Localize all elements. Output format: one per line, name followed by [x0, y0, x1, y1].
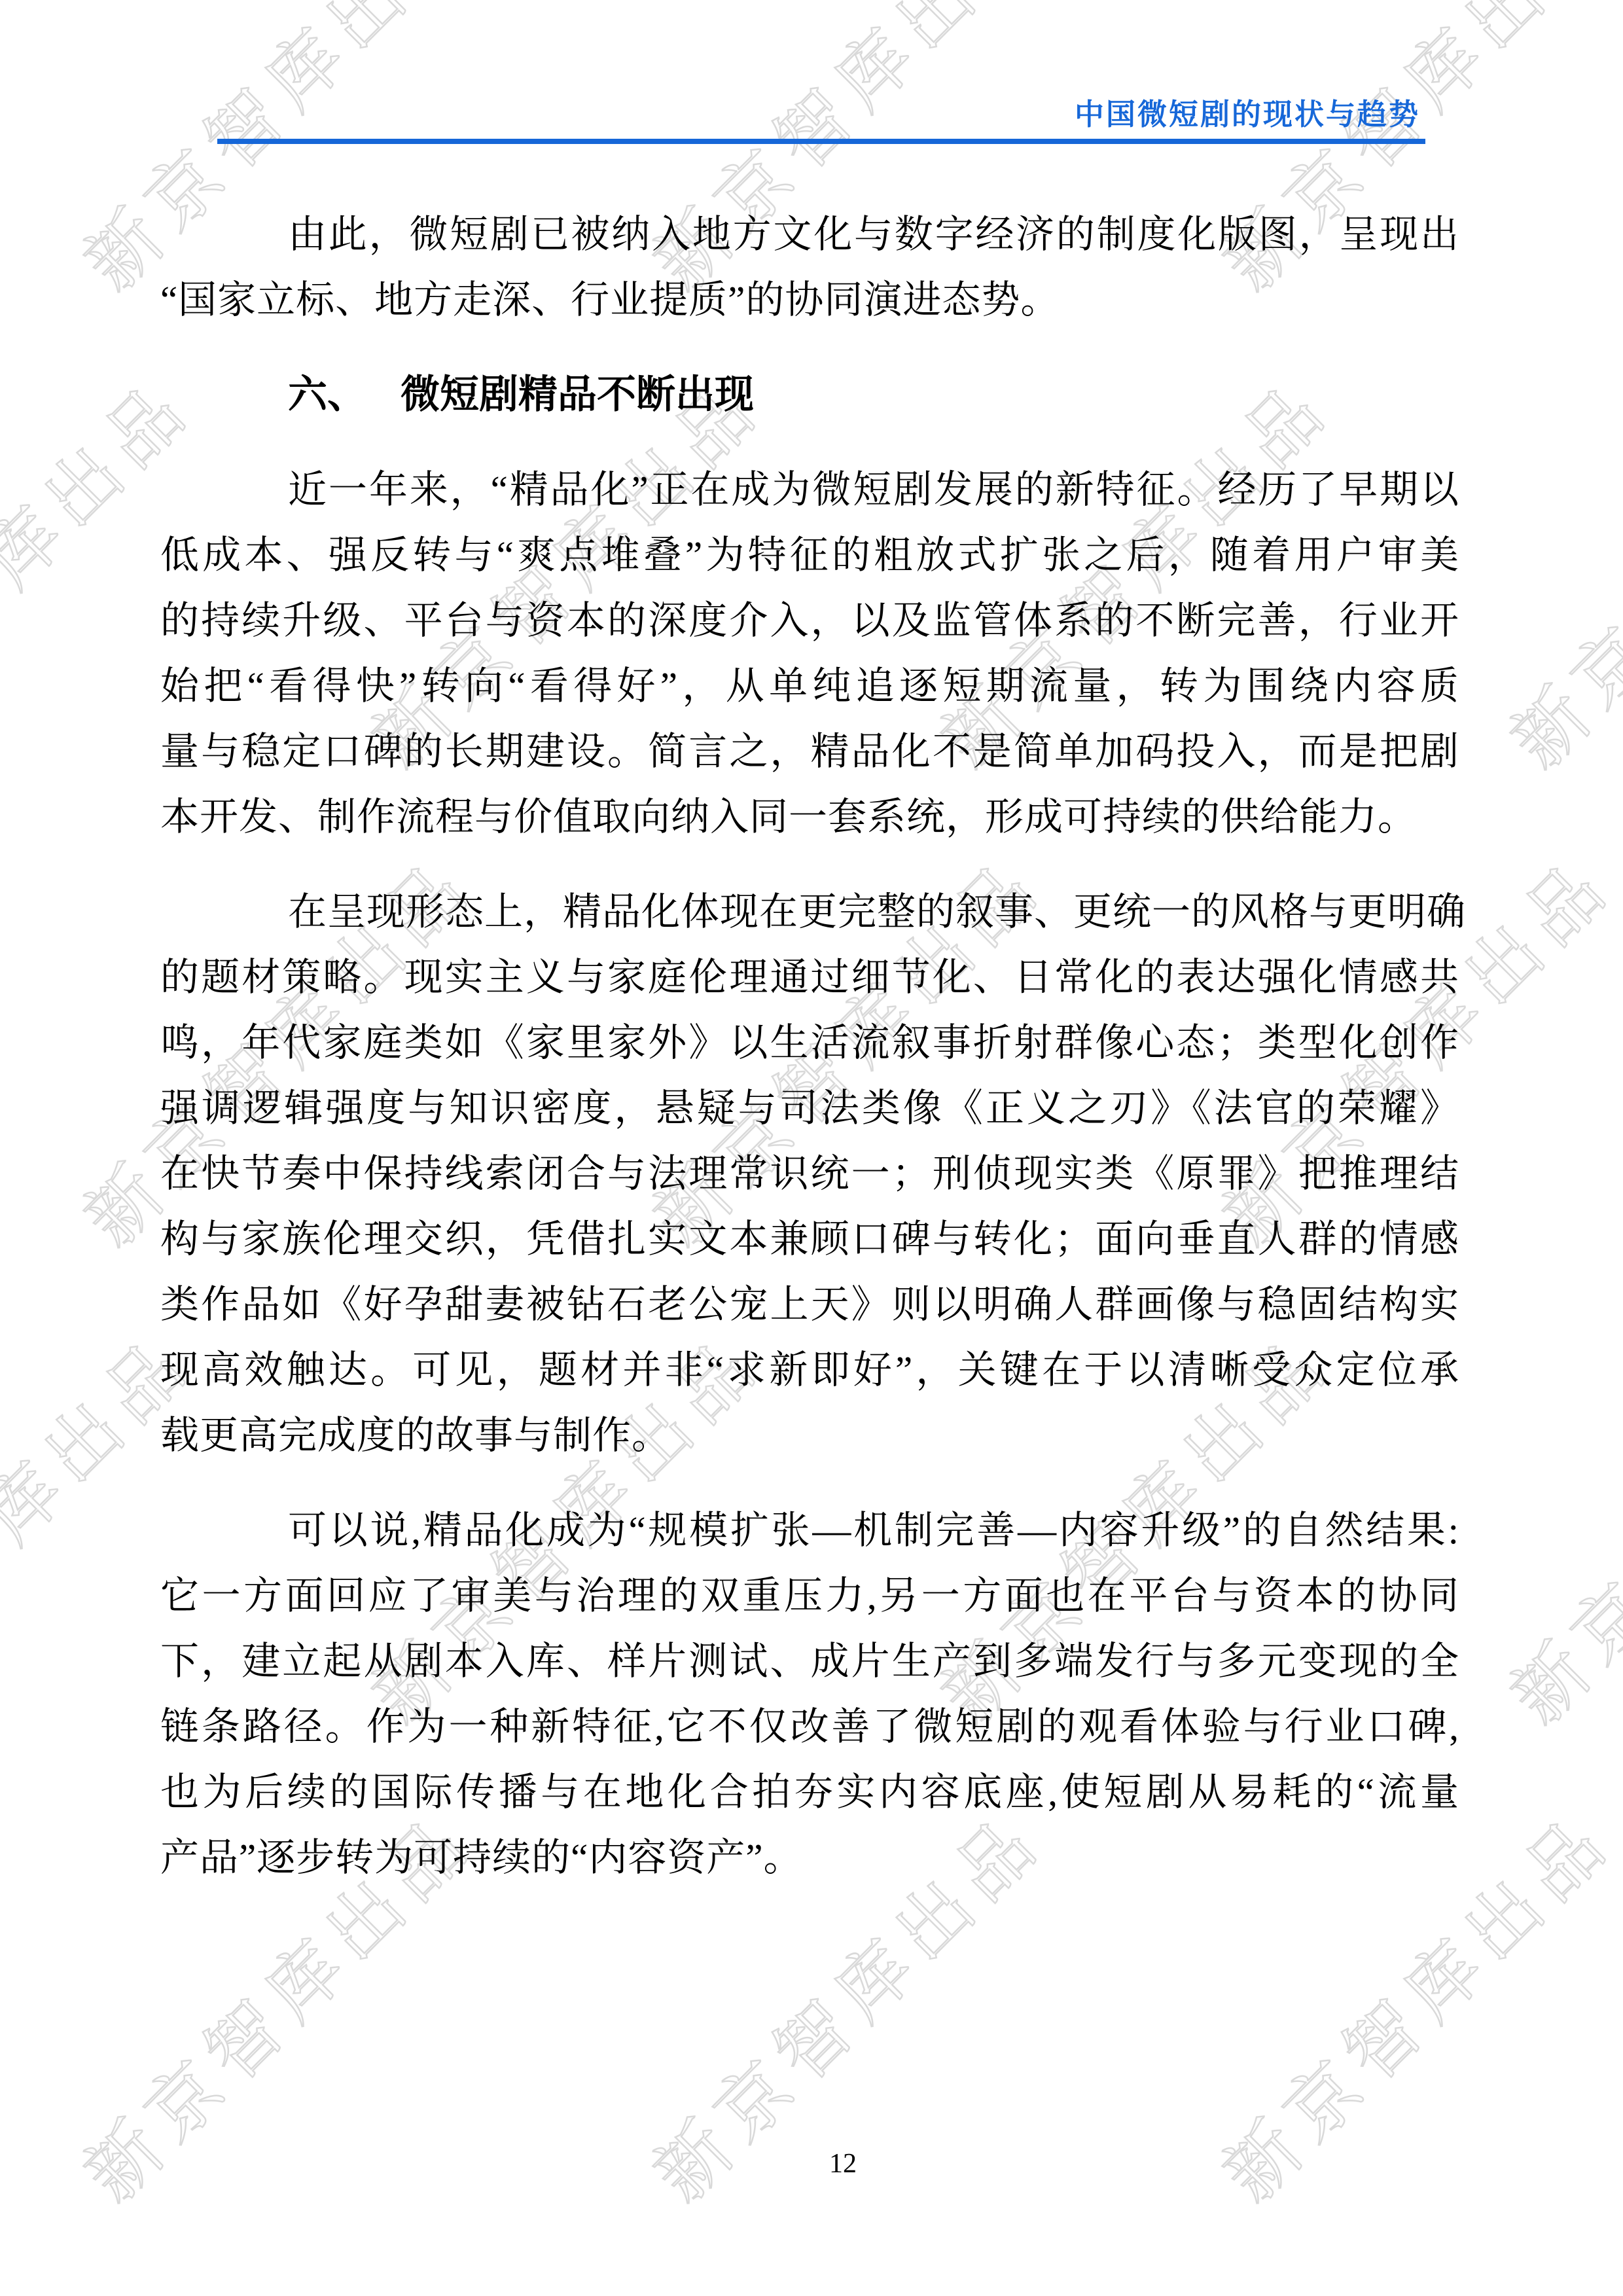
- paragraph: 可以说,精品化成为“规模扩张—机制完善—内容升级”的自然结果:它一方面回应了审美…: [160, 1498, 1459, 1890]
- document-page: 新京智库出品新京智库出品新京智库出品新京智库出品新京智库出品新京智库出品新京智库…: [0, 0, 1623, 2296]
- watermark-text: 新京智库出品: [1484, 351, 1623, 787]
- text-line: 下，建立起从剧本入库、样片测试、成片生产到多端发行与多元变现的全: [160, 1628, 1459, 1694]
- text-line: 在快节奏中保持线索闭合与法理常识统一；刑侦现实类《原罪》把推理结: [160, 1141, 1459, 1206]
- paragraph: 在呈现形态上，精品化体现在更完整的叙事、更统一的风格与更明确的题材策略。现实主义…: [160, 879, 1459, 1468]
- text-line: 在呈现形态上，精品化体现在更完整的叙事、更统一的风格与更明确: [160, 879, 1459, 944]
- paragraph: 由此，微短剧已被纳入地方文化与数字经济的制度化版图，呈现出“国家立标、地方走深、…: [160, 202, 1459, 332]
- text-line: 量与稳定口碑的长期建设。简言之，精品化不是简单加码投入，而是把剧: [160, 719, 1459, 784]
- text-line: 近一年来，“精品化”正在成为微短剧发展的新特征。经历了早期以: [160, 457, 1459, 522]
- page-number: 12: [829, 2149, 857, 2179]
- text-line: 它一方面回应了审美与治理的双重压力,另一方面也在平台与资本的协同: [160, 1563, 1459, 1628]
- text-line: 产品”逐步转为可持续的“内容资产”。: [160, 1825, 1459, 1890]
- text-line: 现高效触达。可见，题材并非“求新即好”，关键在于以清晰受众定位承: [160, 1337, 1459, 1403]
- page-footer: 12: [31, 2148, 1623, 2179]
- header-title: 中国微短剧的现状与趋势: [1075, 90, 1420, 133]
- header-rule: [217, 139, 1425, 144]
- document-body: 由此，微短剧已被纳入地方文化与数字经济的制度化版图，呈现出“国家立标、地方走深、…: [160, 202, 1459, 1890]
- text-line: 链条路径。作为一种新特征,它不仅改善了微短剧的观看体验与行业口碑,: [160, 1694, 1459, 1759]
- text-line: 类作品如《好孕甜妻被钻石老公宠上天》则以明确人群画像与稳固结构实: [160, 1272, 1459, 1337]
- text-line: 由此，微短剧已被纳入地方文化与数字经济的制度化版图，呈现出: [160, 202, 1459, 267]
- section-heading-title: 微短剧精品不断出现: [401, 372, 754, 416]
- text-line: 本开发、制作流程与价值取向纳入同一套系统，形成可持续的供给能力。: [160, 784, 1459, 850]
- text-line: “国家立标、地方走深、行业提质”的协同演进态势。: [160, 267, 1459, 332]
- paragraph: 近一年来，“精品化”正在成为微短剧发展的新特征。经历了早期以低成本、强反转与“爽…: [160, 457, 1459, 850]
- section-heading-number: 六、: [288, 372, 366, 416]
- text-line: 鸣，年代家庭类如《家里家外》以生活流叙事折射群像心态；类型化创作: [160, 1010, 1459, 1075]
- section-heading: 六、微短剧精品不断出现: [160, 362, 1459, 427]
- text-line: 始把“看得快”转向“看得好”，从单纯追逐短期流量，转为围绕内容质: [160, 653, 1459, 719]
- text-line: 构与家族伦理交织，凭借扎实文本兼顾口碑与转化；面向垂直人群的情感: [160, 1206, 1459, 1272]
- text-line: 可以说,精品化成为“规模扩张—机制完善—内容升级”的自然结果:: [160, 1498, 1459, 1563]
- text-line: 载更高完成度的故事与制作。: [160, 1403, 1459, 1468]
- text-line: 强调逻辑强度与知识密度，悬疑与司法类像《正义之刃》《法官的荣耀》: [160, 1075, 1459, 1141]
- text-line: 的持续升级、平台与资本的深度介入，以及监管体系的不断完善，行业开: [160, 588, 1459, 653]
- text-line: 低成本、强反转与“爽点堆叠”为特征的粗放式扩张之后，随着用户审美: [160, 522, 1459, 588]
- text-line: 也为后续的国际传播与在地化合拍夯实内容底座,使短剧从易耗的“流量: [160, 1759, 1459, 1825]
- text-line: 的题材策略。现实主义与家庭伦理通过细节化、日常化的表达强化情感共: [160, 944, 1459, 1010]
- watermark-text: 新京智库出品: [1484, 1307, 1623, 1742]
